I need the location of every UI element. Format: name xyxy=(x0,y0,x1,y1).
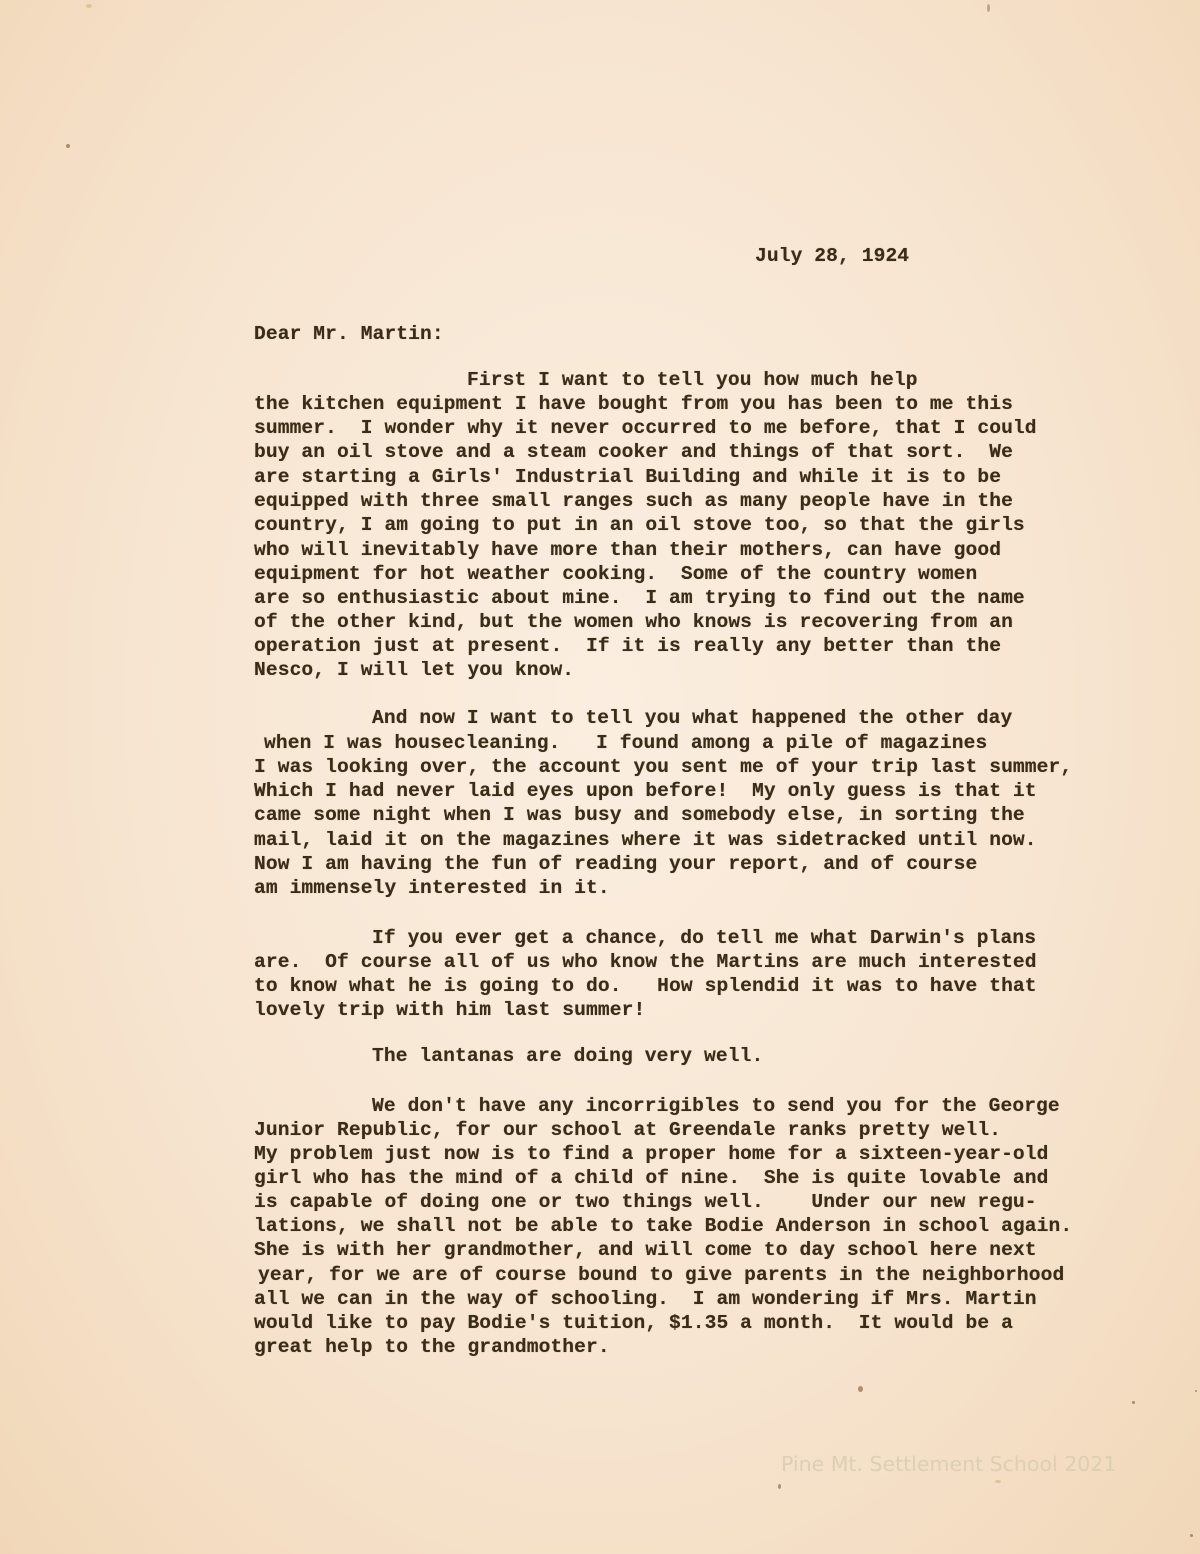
text-line: summer. I wonder why it never occurred t… xyxy=(254,416,1037,440)
letter-page: July 28, 1924 Dear Mr. Martin: First I w… xyxy=(0,0,1200,1554)
paper-speck xyxy=(1190,1534,1193,1537)
paper-speck xyxy=(995,1480,1001,1483)
text-line: am immensely interested in it. xyxy=(254,876,610,900)
text-line: mail, laid it on the magazines where it … xyxy=(254,828,1037,852)
text-line: Junior Republic, for our school at Green… xyxy=(254,1118,1001,1142)
text-line: came some night when I was busy and some… xyxy=(254,803,1025,827)
text-line: My problem just now is to find a proper … xyxy=(254,1142,1049,1166)
text-line: buy an oil stove and a steam cooker and … xyxy=(254,440,1013,464)
text-line: Nesco, I will let you know. xyxy=(254,658,574,682)
text-line: year, for we are of course bound to give… xyxy=(258,1263,1064,1287)
text-line: the kitchen equipment I have bought from… xyxy=(254,392,1013,416)
watermark: Pine Mt. Settlement School 2021 xyxy=(781,1452,1116,1476)
text-line: And now I want to tell you what happened… xyxy=(372,706,1012,730)
text-line: to know what he is going to do. How sple… xyxy=(254,974,1037,998)
paper-speck xyxy=(858,1386,863,1392)
text-line: If you ever get a chance, do tell me wha… xyxy=(372,926,1036,950)
text-line: girl who has the mind of a child of nine… xyxy=(254,1166,1049,1190)
text-line: I was looking over, the account you sent… xyxy=(254,755,1072,779)
paper-speck xyxy=(1195,1390,1197,1392)
text-line: lations, we shall not be able to take Bo… xyxy=(254,1214,1072,1238)
text-line: We don't have any incorrigibles to send … xyxy=(372,1094,1060,1118)
text-line: is capable of doing one or two things we… xyxy=(254,1190,1037,1214)
text-line: Now I am having the fun of reading your … xyxy=(254,852,977,876)
letter-salutation: Dear Mr. Martin: xyxy=(254,322,444,346)
text-line: equipment for hot weather cooking. Some … xyxy=(254,562,977,586)
text-line: would like to pay Bodie's tuition, $1.35… xyxy=(254,1311,1013,1335)
text-line: First I want to tell you how much help xyxy=(467,368,918,392)
text-line: when I was housecleaning. I found among … xyxy=(264,731,987,755)
text-line: operation just at present. If it is real… xyxy=(254,634,1001,658)
paper-speck xyxy=(1132,1401,1135,1404)
text-line: great help to the grandmother. xyxy=(254,1335,610,1359)
paper-speck xyxy=(66,144,70,148)
text-line: are. Of course all of us who know the Ma… xyxy=(254,950,1037,974)
text-line: are starting a Girls' Industrial Buildin… xyxy=(254,465,1001,489)
text-line: Which I had never laid eyes upon before!… xyxy=(254,779,1037,803)
letter-date: July 28, 1924 xyxy=(755,244,909,268)
paper-speck xyxy=(778,1484,781,1489)
paper-speck xyxy=(86,4,92,8)
text-line: lovely trip with him last summer! xyxy=(254,998,645,1022)
text-line: of the other kind, but the women who kno… xyxy=(254,610,1013,634)
text-line: The lantanas are doing very well. xyxy=(372,1044,763,1068)
text-line: all we can in the way of schooling. I am… xyxy=(254,1287,1037,1311)
paper-speck xyxy=(987,4,990,12)
text-line: equipped with three small ranges such as… xyxy=(254,489,1013,513)
text-line: She is with her grandmother, and will co… xyxy=(254,1238,1037,1262)
text-line: country, I am going to put in an oil sto… xyxy=(254,513,1025,537)
text-line: are so enthusiastic about mine. I am try… xyxy=(254,586,1025,610)
text-line: who will inevitably have more than their… xyxy=(254,538,1001,562)
